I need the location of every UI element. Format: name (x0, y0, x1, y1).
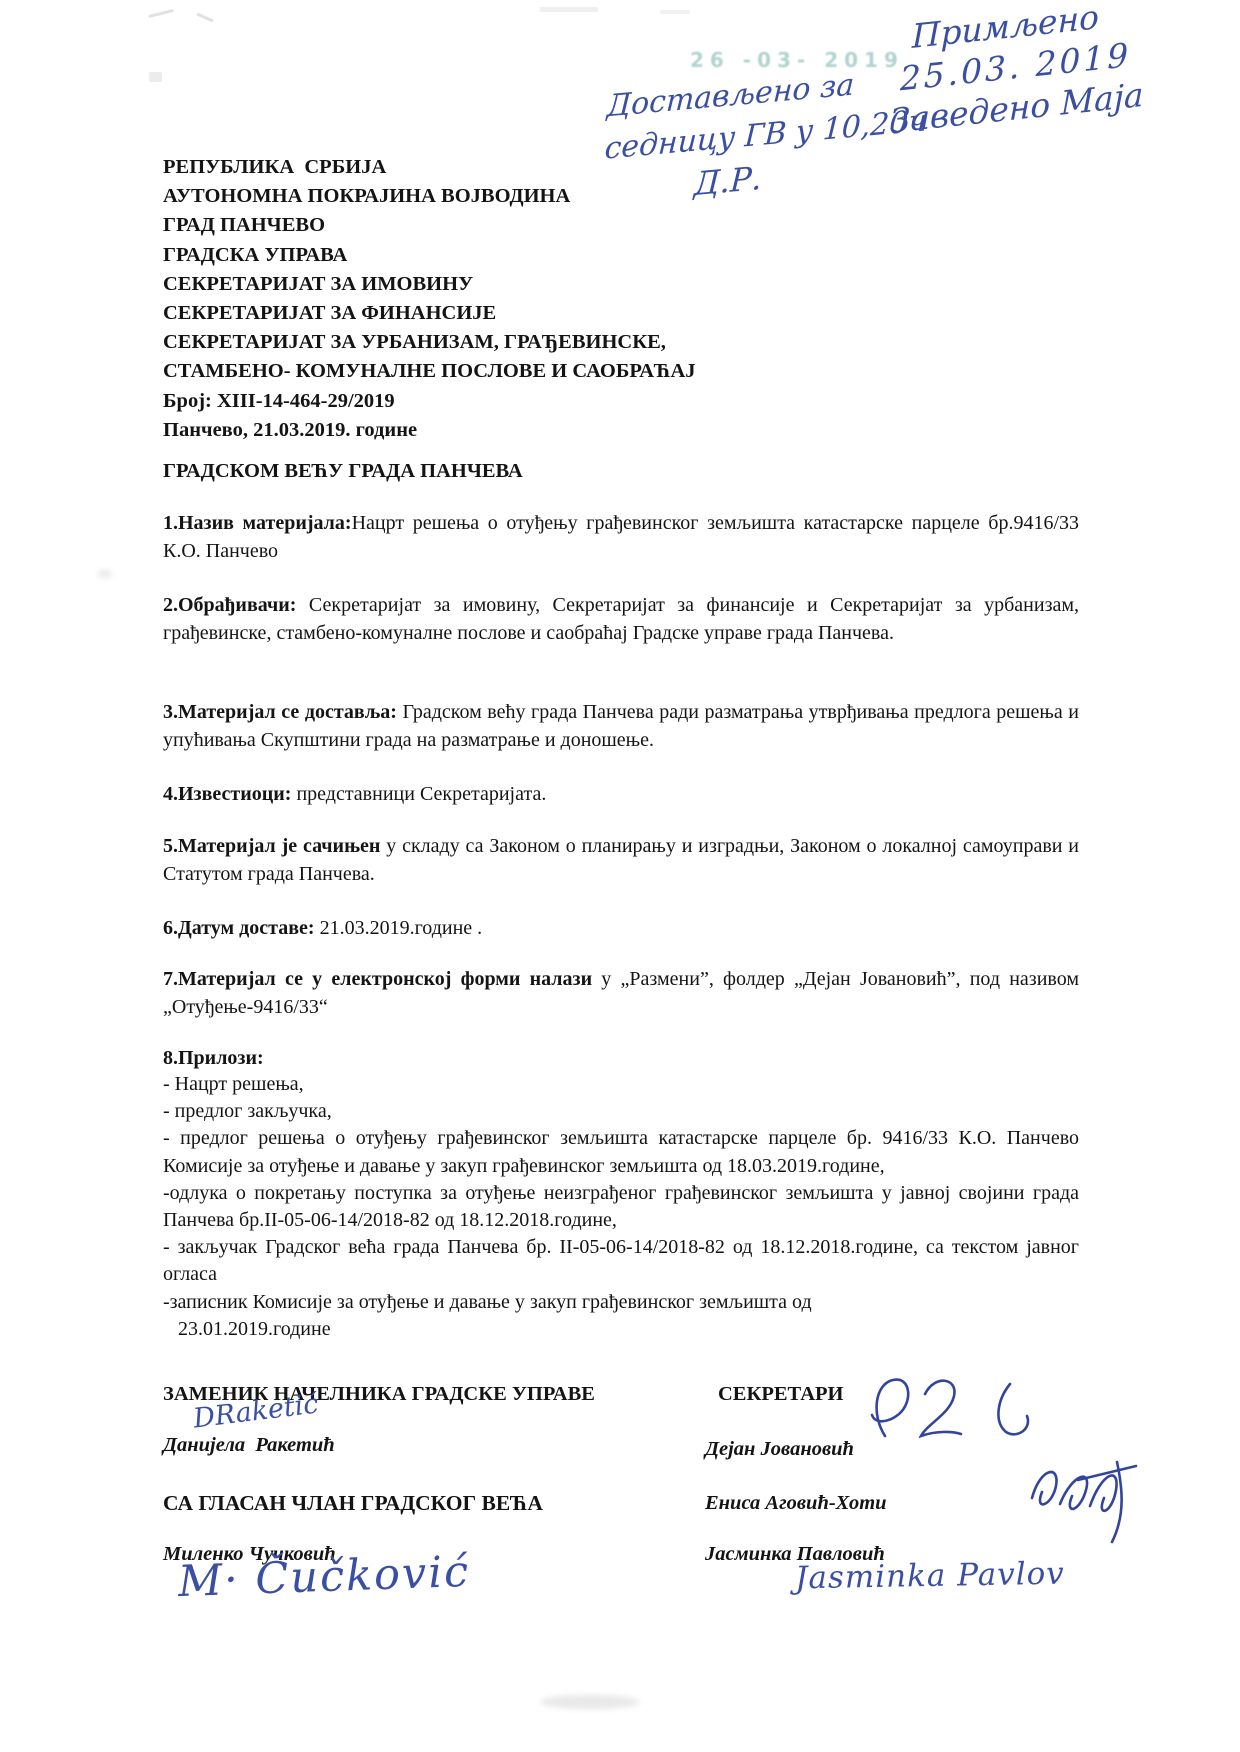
letterhead-line: РЕПУБЛИКА СРБИЈА (163, 153, 696, 182)
attachment-item: -записник Комисије за отуђење и давање у… (163, 1289, 1079, 1343)
attachment-item: - закључак Градског већа града Панчева б… (163, 1234, 1079, 1288)
addressee-heading: ГРАДСКОМ ВЕЋУ ГРАДА ПАНЧЕВА (163, 460, 523, 483)
section-7: 7.Материјал се у електронској форми нала… (163, 966, 1079, 1021)
section-label: 7.Материјал се у електронској форми нала… (163, 968, 592, 990)
scan-smudge (98, 570, 112, 578)
section-5: 5.Материјал је сачињен у складу са Закон… (163, 833, 1079, 888)
section-1: 1.Назив материјала:Нацрт решења о отуђењ… (163, 510, 1079, 565)
signatory-name-enisa-agovic-hoti: Ениса Аговић-Хоти (705, 1492, 887, 1515)
letterhead-line: ГРАДСКА УПРАВА (163, 241, 696, 270)
section-label: 3.Материјал се доставља: (163, 701, 397, 723)
attachment-item: - предлог решења о отуђењу грађевинског … (163, 1125, 1079, 1179)
letterhead-line: СЕКРЕТАРИЈАТ ЗА УРБАНИЗАМ, ГРАЂЕВИНСКЕ, (163, 328, 696, 357)
signatory-name-dejan-jovanovic: Дејан Јовановић (705, 1438, 854, 1461)
signature-enisa-agovic-hoti (1020, 1446, 1160, 1546)
section-2: 2.Обрађивачи: Секретаријат за имовину, С… (163, 592, 1079, 647)
letterhead-line: СТАМБЕНО- КОМУНАЛНЕ ПОСЛОВЕ И САОБРАЋАЈ (163, 357, 696, 386)
letterhead: РЕПУБЛИКА СРБИЈА АУТОНОМНА ПОКРАЈИНА ВОЈ… (163, 153, 696, 445)
signature-jasminka-pavlovic: Jasminka Pavlov (795, 1556, 1065, 1597)
section-label: 6.Датум доставе: (163, 917, 315, 939)
signatory-name-danijela-raketic: Данијела Ракетић (163, 1434, 335, 1457)
section-label: 1.Назив материјала: (163, 512, 352, 534)
attachments-heading: 8.Прилози: (163, 1045, 1079, 1073)
attachment-item: -одлука о покретању поступка за отуђење … (163, 1180, 1079, 1234)
signatory-title-council-member: СА ГЛАСАН ЧЛАН ГРАДСКОГ ВЕЋА (163, 1491, 543, 1516)
attachment-item: - предлог закључка, (163, 1098, 1079, 1125)
scan-artifact (196, 12, 214, 22)
section-label: 4.Известиоци: (163, 783, 291, 805)
section-text: Секретаријат за имовину, Секретаријат за… (163, 594, 1079, 644)
attachment-item: - Нацрт решења, (163, 1071, 1079, 1098)
letterhead-line: АУТОНОМНА ПОКРАЈИНА ВОЈВОДИНА (163, 182, 696, 211)
scan-artifact (660, 10, 690, 14)
letterhead-line: СЕКРЕТАРИЈАТ ЗА ИМОВИНУ (163, 270, 696, 299)
signature-dejan-jovanovic (855, 1372, 1065, 1447)
section-text: 21.03.2019.године . (315, 917, 483, 939)
scan-artifact (540, 7, 598, 12)
section-label: 5.Материјал је сачињен (163, 835, 380, 857)
signature-milenko-cuckovic: М· Čučković (177, 1547, 471, 1607)
letterhead-line: СЕКРЕТАРИЈАТ ЗА ФИНАНСИЈЕ (163, 299, 696, 328)
scan-smudge (540, 1695, 640, 1709)
section-label: 2.Обрађивачи: (163, 594, 296, 616)
section-3: 3.Материјал се доставља: Градском већу г… (163, 699, 1079, 754)
letterhead-line: ГРАД ПАНЧЕВО (163, 211, 696, 240)
document-date: Панчево, 21.03.2019. године (163, 416, 696, 445)
scan-artifact (149, 72, 162, 82)
attachments-list: - Нацрт решења, - предлог закључка, - пр… (163, 1071, 1079, 1343)
section-4: 4.Известиоци: представници Секретаријата… (163, 781, 1079, 809)
scanned-document-page: { "page": { "letterhead_lines": [ "РЕПУБ… (0, 0, 1240, 1752)
document-number: Број: XIII-14-464-29/2019 (163, 387, 696, 416)
signatory-title-secretaries: СЕКРЕТАРИ (718, 1383, 843, 1406)
section-6: 6.Датум доставе: 21.03.2019.године . (163, 915, 1079, 943)
section-text: представници Секретаријата. (291, 783, 546, 805)
scan-artifact (148, 9, 174, 18)
